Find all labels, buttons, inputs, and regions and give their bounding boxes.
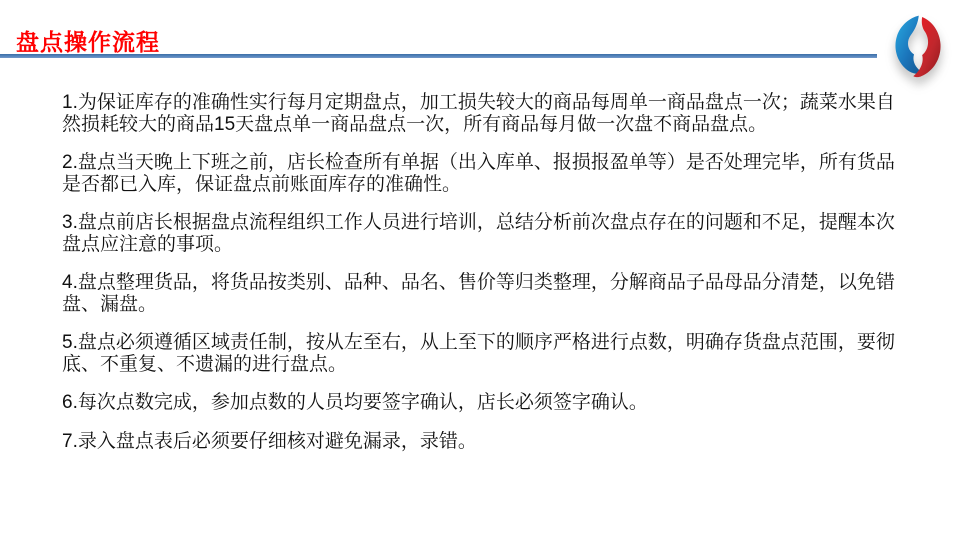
step-2: 2.盘点当天晚上下班之前，店长检查所有单据（出入库单、报损报盈单等）是否处理完毕… [62, 152, 910, 195]
step-7: 7.录入盘点表后必须要仔细核对避免漏录，录错。 [62, 431, 910, 453]
step-6: 6.每次点数完成，参加点数的人员均要签字确认，店长必须签字确认。 [62, 392, 910, 414]
page-title: 盘点操作流程 [16, 24, 160, 57]
title-divider-line [0, 54, 877, 58]
slide: 盘点操作流程 1.为保证库存的准确性实行每月定期盘点，加工损失较大的商品每周单一… [0, 0, 960, 540]
step-3: 3.盘点前店长根据盘点流程组织工作人员进行培训，总结分析前次盘点存在的问题和不足… [62, 212, 910, 255]
flame-drop-logo-icon [880, 10, 948, 92]
step-5: 5.盘点必须遵循区域责任制，按从左至右，从上至下的顺序严格进行点数，明确存货盘点… [62, 332, 910, 375]
step-4: 4.盘点整理货品，将货品按类别、品种、品名、售价等归类整理，分解商品子品母品分清… [62, 272, 910, 315]
step-1: 1.为保证库存的准确性实行每月定期盘点，加工损失较大的商品每周单一商品盘点一次；… [62, 92, 910, 135]
slide-body-text: 1.为保证库存的准确性实行每月定期盘点，加工损失较大的商品每周单一商品盘点一次；… [62, 92, 910, 469]
